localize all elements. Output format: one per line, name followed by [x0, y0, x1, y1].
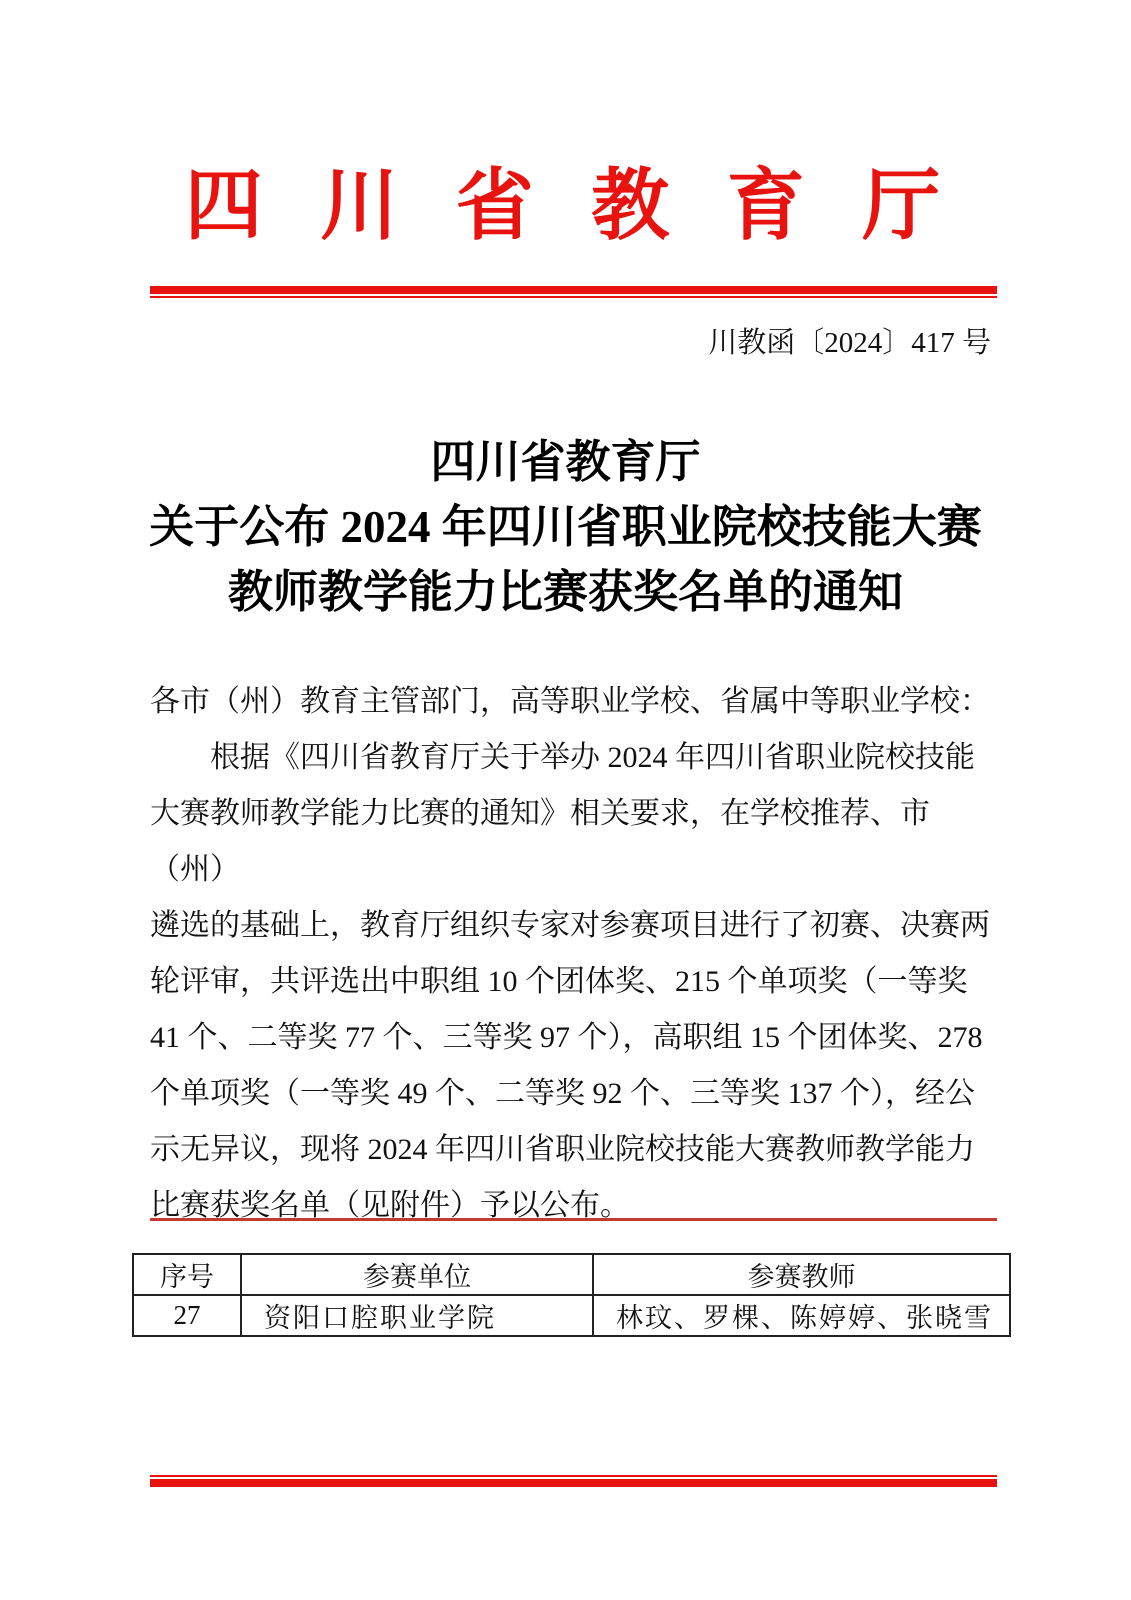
- column-header-index: 序号: [133, 1254, 241, 1295]
- award-table: 序号 参赛单位 参赛教师 27 资阳口腔职业学院 林玟、罗棵、陈婷婷、张晓雪: [132, 1253, 1011, 1337]
- notice-body: 各市（州）教育主管部门，高等职业学校、省属中等职业学校： 根据《四川省教育厅关于…: [150, 674, 998, 1234]
- section-divider-rule: [150, 1218, 997, 1221]
- document-page: 四 川 省 教 育 厅 川教函〔2024〕417 号 四川省教育厅 关于公布 2…: [0, 0, 1131, 1600]
- salutation-line: 各市（州）教育主管部门，高等职业学校、省属中等职业学校：: [150, 674, 998, 730]
- footer-double-rule: [150, 1475, 997, 1487]
- masthead-double-rule: [150, 286, 997, 298]
- cell-row-index: 27: [133, 1295, 241, 1336]
- body-paragraph: 根据《四川省教育厅关于举办 2024 年四川省职业院校技能 大赛教师教学能力比赛…: [150, 730, 998, 1234]
- notice-title-line-2: 关于公布 2024 年四川省职业院校技能大赛: [0, 495, 1131, 560]
- rule-thin-line: [150, 296, 997, 298]
- agency-masthead: 四 川 省 教 育 厅: [0, 160, 1131, 252]
- column-header-unit: 参赛单位: [241, 1254, 593, 1295]
- column-header-teachers: 参赛教师: [593, 1254, 1010, 1295]
- notice-title-line-3: 教师教学能力比赛获奖名单的通知: [0, 560, 1131, 625]
- rule-thick-line: [150, 1479, 997, 1487]
- cell-participating-teachers: 林玟、罗棵、陈婷婷、张晓雪: [593, 1295, 1010, 1336]
- cell-participating-unit: 资阳口腔职业学院: [241, 1295, 593, 1336]
- table-header-row: 序号 参赛单位 参赛教师: [133, 1254, 1010, 1295]
- notice-title: 四川省教育厅 关于公布 2024 年四川省职业院校技能大赛 教师教学能力比赛获奖…: [0, 430, 1131, 625]
- notice-title-line-1: 四川省教育厅: [0, 430, 1131, 495]
- table-row: 27 资阳口腔职业学院 林玟、罗棵、陈婷婷、张晓雪: [133, 1295, 1010, 1336]
- document-reference-number: 川教函〔2024〕417 号: [708, 326, 991, 360]
- rule-thick-line: [150, 286, 997, 294]
